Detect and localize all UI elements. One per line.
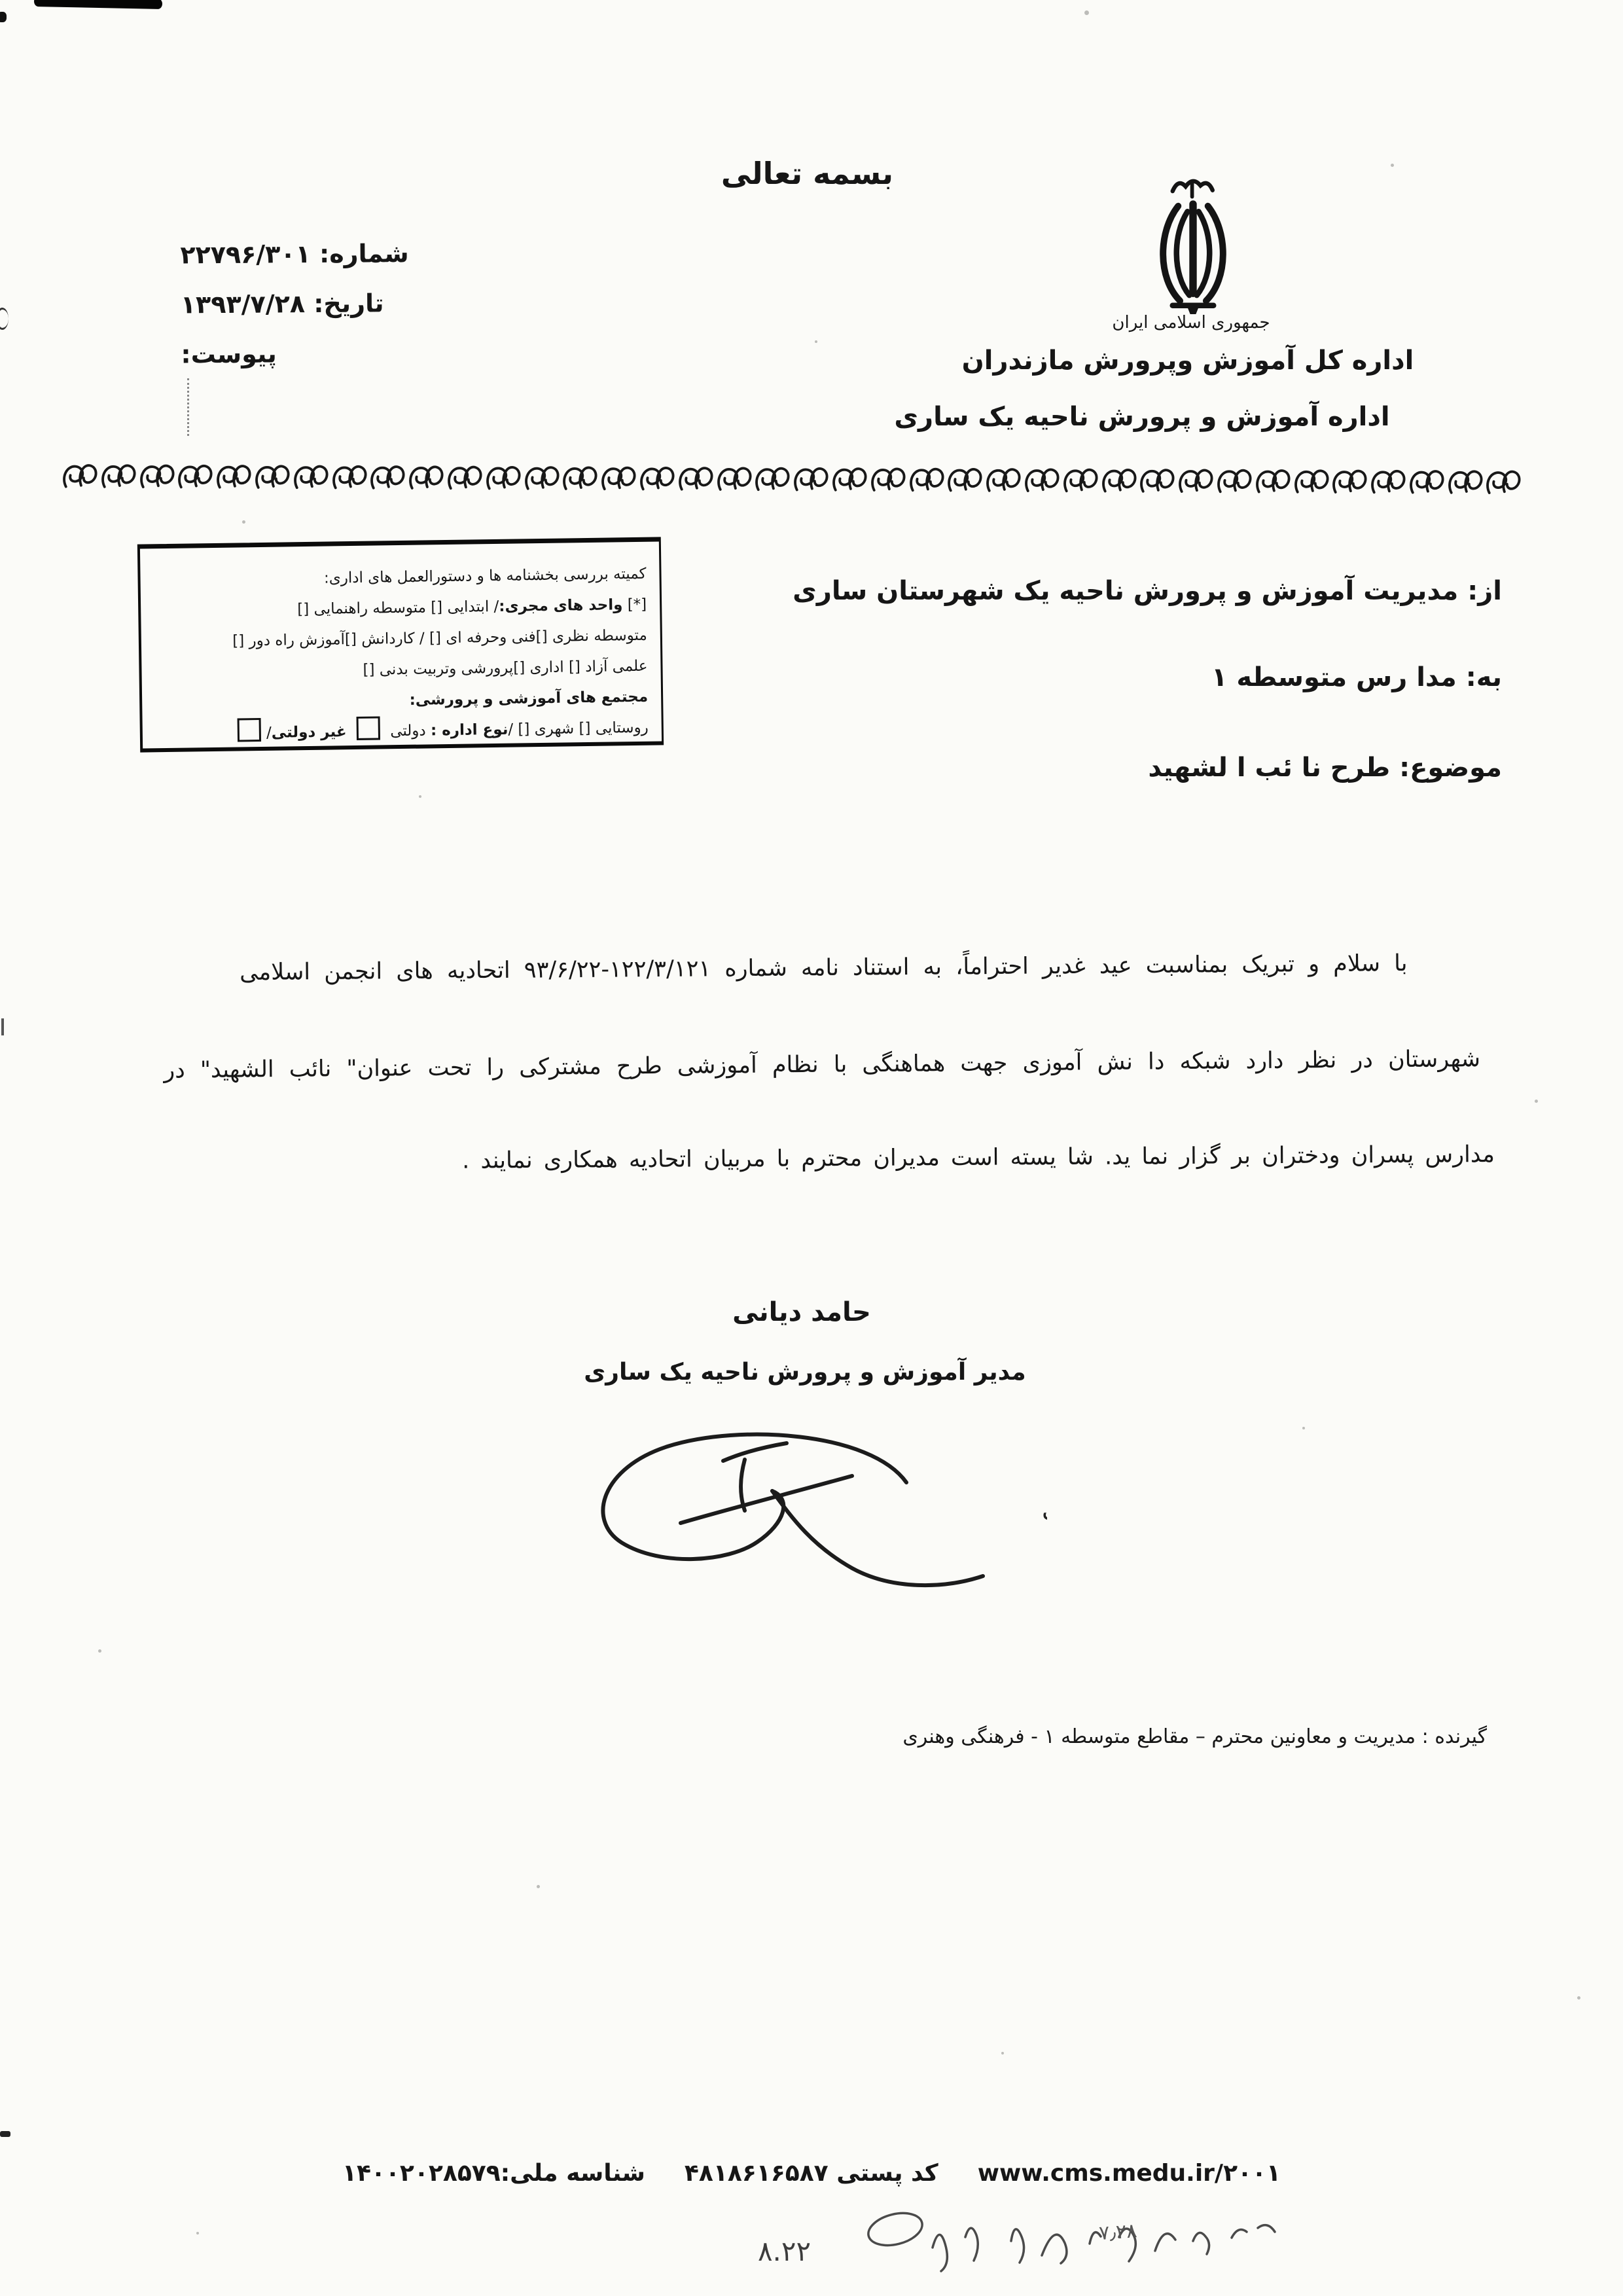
routing-text: واحد های مجری: [499,596,622,615]
ornament-icon [1255,465,1291,497]
attachment-row: پیوست: [181,338,455,369]
ornament-icon [947,463,982,496]
scan-artifact-left-dash [0,2131,10,2137]
body-paragraph-line-1: با سلام و تبریک بمناسبت عید غدیر احتراما… [240,950,1408,986]
ornament-icon [1063,464,1098,497]
ornament-icon [716,462,751,495]
ornament-icon [62,459,98,492]
to-label: به: [1466,662,1502,692]
footer-postal: کد پستی ۴۸۱۸۶۱۶۵۸۷ [685,2160,938,2187]
ornament-icon [370,461,405,493]
routing-box: کمیته بررسی بخشنامه ها و دستورالعمل های … [137,537,664,752]
ornament-icon [216,460,251,493]
ornament-icon [755,463,790,495]
routing-text: کمیته بررسی بخشنامه ها و دستورالعمل های … [324,565,647,587]
ornament-icon [447,461,482,494]
ornament-icon [832,463,867,495]
ornament-icon [293,461,329,493]
checkbox-non-government [238,718,261,742]
ornament-icon [1486,466,1521,499]
routing-text: علمی آزاد [] اداری []پرورشی وتربیت بدنی … [363,658,647,679]
letter-number-value: ۲۲۷۹۶/۳۰۱ [180,240,311,269]
scan-artifact-left-curve [0,308,9,330]
letter-number-row: شماره: ۲۲۷۹۶/۳۰۱ [180,239,455,270]
postal-code: ۴۸۱۸۶۱۶۵۸۷ [685,2160,829,2187]
routing-text: غیر دولتی [272,723,347,742]
ornament-icon [139,460,174,493]
routing-text: نوع اداره : [431,721,508,740]
national-id-label: شناسه ملی: [501,2160,645,2187]
ornament-icon [1101,464,1136,497]
signature-title: مدیر آموزش و پرورش ناحیه یک ساری [576,1359,1034,1386]
to-row: به: مدا رس متوسطه ۱ [1211,662,1502,692]
recipient-value: مدیریت و معاونین محترم – مقاطع متوسطه ۱ … [902,1725,1416,1748]
scan-artifact-left-tick [1,1018,4,1035]
ornament-icon [1448,465,1483,498]
ornament-icon [562,461,597,494]
ornament-icon [1332,465,1367,498]
body-paragraph-line-2: شهرستان در نظر دارد شبکه دا نش آموزی جهت… [164,1046,1480,1084]
ornament-icon [986,463,1021,496]
from-row: از: مدیریت آموزش و پرورش ناحیه یک شهرستا… [793,576,1502,606]
ornament-icon [177,460,213,493]
ornament-icon [1024,464,1060,497]
body-paragraph-line-3: مدارس پسران ودختران بر گزار نما ید. شا ی… [462,1141,1495,1174]
ornament-icon [1139,464,1175,497]
ornament-icon [524,461,559,494]
footer-url: www.cms.medu.ir/۲۰۰۱ [978,2160,1281,2187]
org-line-2: اداره آموزش و پرورش ناحیه یک ساری [890,402,1394,432]
from-label: از: [1467,576,1502,606]
bismillah-text: بسمه تعالی [721,156,893,191]
from-value: مدیریت آموزش و پرورش ناحیه یک شهرستان سا… [793,576,1458,606]
org-line-1: اداره کل آموزش وپرورش مازندران [952,346,1423,376]
checkbox-government [357,716,380,740]
scanned-letter-page: بسمه تعالی شماره: ۲۲۷۹۶/۳۰۱ تاریخ: ۱۳۹۳/… [0,0,1623,2296]
routing-text: مجتمع های آموزشی و پرورشی: [409,689,648,709]
subject-value: طرح نا ئب ا لشهید [1148,753,1390,783]
letter-date-value: ۱۳۹۳/۷/۲۸ [181,289,305,319]
attachment-label: پیوست: [181,339,277,368]
routing-text: [*] [622,596,647,614]
letter-meta-block: شماره: ۲۲۷۹۶/۳۰۱ تاریخ: ۱۳۹۳/۷/۲۸ پیوست: [180,239,456,390]
ornament-icon [793,463,829,495]
recipient-label: گیرنده : [1422,1725,1487,1748]
ornament-icon [601,462,636,495]
scan-artifact-top-smear [34,0,162,9]
ornament-icon [255,460,290,493]
ornament-icon [870,463,906,496]
iran-emblem-icon [1147,174,1240,317]
ornament-icon [678,462,713,495]
ornament-divider [62,457,1522,501]
recipient-row: گیرنده : مدیریت و معاونین محترم – مقاطع … [902,1725,1487,1748]
ornament-icon [1293,465,1329,497]
subject-row: موضوع: طرح نا ئب ا لشهید [1148,753,1502,783]
ornament-icon [486,461,521,494]
ornament-icon [1178,465,1213,497]
ornament-icon [1409,465,1444,498]
ornament-icon [331,461,366,493]
to-value: مدا رس متوسطه ۱ [1211,662,1457,692]
handwritten-note: ۸.۲۲ ۷٫۲۸ [733,2200,1283,2295]
ornament-icon [408,461,444,493]
subject-label: موضوع: [1399,753,1502,783]
ornament-icon [1370,465,1406,498]
scan-artifact-corner-blob [0,12,7,22]
postal-label: کد پستی [836,2160,938,2187]
ornament-icon [1217,465,1252,497]
ornament-icon [639,462,675,495]
routing-text: / ابتدایی [] متوسطه راهنمایی [] [297,598,499,618]
routing-text: متوسطه نظری []فنی وحرفه ای [] / کاردانش … [232,627,647,650]
ornament-icon [908,463,944,496]
routing-box-lines: کمیته بررسی بخشنامه ها و دستورالعمل های … [148,559,649,751]
letter-date-row: تاریخ: ۱۳۹۳/۷/۲۸ [181,289,455,319]
routing-text [346,723,351,740]
signature-name: حامد دیانی [687,1297,916,1327]
routing-text: روستایی [] شهری [] / [508,719,649,738]
ornament-icon [101,459,136,492]
note-mid-digits: ۷٫۲۸ [1098,2219,1137,2245]
national-id-value: ۱۴۰۰۲۰۲۸۵۷۹ [342,2160,501,2187]
letter-number-label: شماره: [319,239,409,268]
footer-row: www.cms.medu.ir/۲۰۰۱ کد پستی ۴۸۱۸۶۱۶۵۸۷ … [327,2160,1296,2187]
letter-date-label: تاریخ: [313,289,384,318]
footer-national-id: شناسه ملی:۱۴۰۰۲۰۲۸۵۷۹ [342,2160,645,2187]
routing-line: روستایی [] شهری [] /نوع اداره : دولتی غی… [151,713,649,751]
note-left-digits: ۸.۲۲ [758,2235,811,2267]
signature-scribble-icon: ازطرف [576,1420,1047,1619]
routing-text: دولتی [385,722,431,740]
on-behalf-note: ازطرف [1040,1488,1047,1526]
country-name: جمهوری اسلامی ایران [1086,313,1296,332]
